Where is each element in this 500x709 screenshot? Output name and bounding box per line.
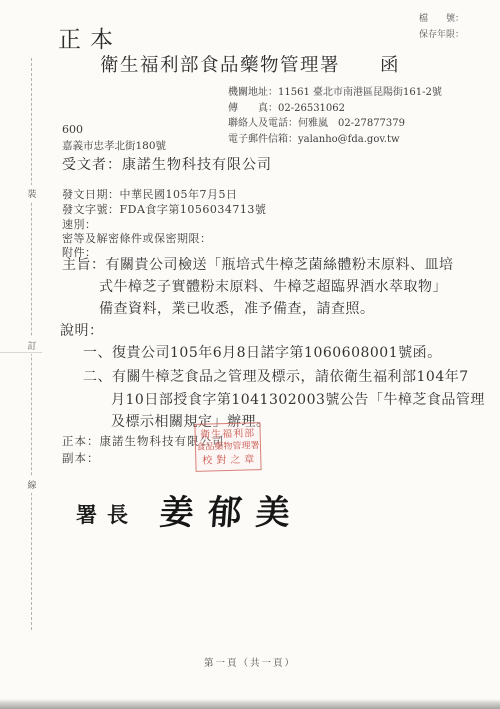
agency-address: 機關地址：11561 臺北市南港區昆陽街161-2號: [228, 85, 442, 101]
subject-line-3: 備查資料，業已收悉，准予備查，請查照。: [99, 298, 375, 318]
stamp-line-3: 校對之章: [198, 453, 258, 468]
fold-mark-line: [0, 352, 42, 353]
description-heading: 說明：: [60, 320, 104, 340]
copy-type-label: 正本: [58, 21, 122, 54]
page-number: 第一頁（共一頁）: [0, 655, 500, 669]
description-item-1: 一、復貴公司105年6月8日諾字第1060608001號函。: [83, 342, 442, 362]
subject-line-2: 式牛樟芝子實體粉末原料、牛樟芝超臨界酒水萃取物」: [99, 276, 447, 296]
scan-bottom-edge: [0, 699, 500, 709]
scanned-official-letter: 檔 號： 保存年限： 正本 衛生福利部食品藥物管理署 函 機關地址：11561 …: [0, 0, 500, 709]
issue-date: 發文日期：中華民國105年7月5日: [62, 186, 238, 202]
recipient-line: 受文者：康諾生物科技有限公司: [62, 154, 272, 174]
binding-char-zhuang: 裝: [26, 185, 38, 202]
file-number-label: 檔 號：: [419, 11, 464, 27]
signature-block: 署長 姜郁美: [76, 485, 304, 534]
agency-contact-block: 機關地址：11561 臺北市南港區昆陽街161-2號 傳 真：02-265310…: [228, 85, 442, 147]
retention-period-label: 保存年限：: [419, 27, 464, 43]
distribution-copy: 副本：: [62, 450, 100, 466]
file-number-block: 檔 號： 保存年限：: [419, 11, 464, 43]
signer-name-signature: 姜郁美: [158, 485, 305, 534]
document-title: 衛生福利部食品藥物管理署 函: [0, 51, 500, 77]
description-item-2-line-1: 二、有關牛樟芝食品之管理及標示，請依衛生福利部104年7: [83, 366, 469, 386]
agency-fax: 傳 真：02-26531062: [228, 101, 442, 117]
binding-char-xian: 線: [26, 476, 38, 493]
proofreading-stamp: 衛生福利部 食品藥物管理署 校對之章: [194, 422, 261, 472]
agency-contact-person: 聯絡人及電話：何雅嵐 02-27877379: [228, 116, 442, 132]
description-item-2-line-2: 月10日部授食字第1041302003號公告「牛樟芝食品管理: [111, 389, 485, 409]
signer-title: 署長: [76, 499, 138, 534]
recipient-postal-code: 600: [62, 123, 83, 136]
recipient-address: 嘉義市忠孝北街180號: [62, 138, 166, 153]
document-number: 發文字號：FDA食字第1056034713號: [62, 201, 266, 217]
agency-email: 電子郵件信箱：yalanho@fda.gov.tw: [228, 132, 442, 148]
subject-line-1: 主旨：有關貴公司檢送「瓶培式牛樟芝菌絲體粉末原料、皿培: [62, 254, 454, 274]
